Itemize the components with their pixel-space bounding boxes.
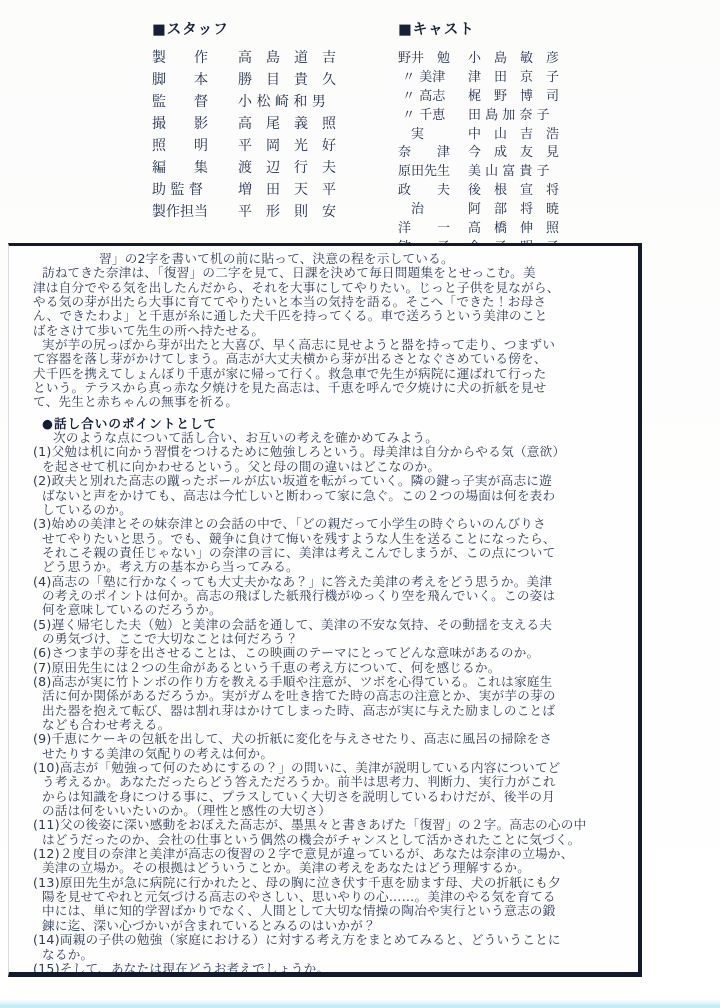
staff-role-label: 撮 影: [152, 113, 210, 135]
staff-person-name: 高 島 道 吉: [238, 47, 336, 69]
text-line: (6)さつま芋の芽を出させることは、この映画のテーマにとってどんな意味があるのか…: [33, 646, 628, 660]
staff-role-label: 製作担当: [152, 201, 210, 223]
staff-role-label: 監 督: [152, 91, 210, 113]
text-line: ●話し合いのポイントとして: [33, 417, 628, 431]
text-line: (1)父勉は机に向かう習慣をつけるために勉強しろという。母美津は自分からやる気（…: [33, 445, 628, 459]
cast-credit-row: 実 中 山 吉 浩: [398, 123, 559, 142]
text-line: (10)高志が「勉強って何のためにするの？」の問いに、美津が説明している内容につ…: [33, 761, 628, 775]
text-line: 訪ねてきた奈津は、「復習」の二字を見て、日課を決めて毎日問題集をとせっこむ。美: [33, 266, 628, 280]
cast-character-label: 原田先生: [398, 160, 458, 179]
cast-actor-name: 美 山 富 貴 子: [468, 160, 550, 179]
staff-credit-row: 照 明 平 岡 光 好: [152, 135, 336, 157]
text-line: (7)原田先生には２つの生命があるという千恵の考え方について、何を感じるか。: [33, 661, 628, 675]
cast-character-label: 〃 高志: [398, 85, 458, 104]
text-line: (12)２度目の奈津と美津が高志の復習の２字で意見が違っているが、あなたは奈津の…: [33, 847, 628, 861]
text-line: 津は自分でやる気を出したんだから、それを大事にしてやりたい。じっと子供を見ながら…: [33, 281, 628, 295]
cast-credit-row: 原田先生 美 山 富 貴 子: [398, 160, 559, 179]
staff-person-name: 高 尾 義 照: [238, 113, 336, 135]
text-line: 次のような点について話し合い、お互いの考えを確かめてみよう。: [33, 431, 628, 445]
text-line: 出た器を抱えて転び、器は割れ芽はかけてしまった時、高志が実に与えた励ましのことば: [33, 704, 628, 718]
staff-credit-row: 撮 影 高 尾 義 照: [152, 113, 336, 135]
cast-section-title: ■キャスト: [398, 18, 559, 39]
cast-character-label: 洋 一: [398, 217, 458, 236]
text-line: やる気の芽が出たら大事に育ててやりたいと本当の気持を語る。そこへ「できた！お母さ: [33, 295, 628, 309]
text-line: の話は何をいいたいのか。（理性と感性の大切さ）: [33, 804, 628, 818]
cast-credit-row: 奈 津 今 成 友 見: [398, 141, 559, 160]
staff-role-label: 編 集: [152, 157, 210, 179]
text-line: 習」の2字を書いて机の前に貼って、決意の程を示している。: [33, 252, 628, 266]
text-line: ばないと声をかけても、高志は今忙しいと断わって家に急ぐ。この２つの場面は何を表わ: [33, 489, 628, 503]
text-line: はどうだったのか、会社の仕事という偶然の機会がチャンスとして活かされたことに気づ…: [33, 833, 628, 847]
text-line: を起させて机に向かわせるという。父と母の間の違いはどこなのか。: [33, 460, 628, 474]
text-line: どう思うか。考え方の基本から当ってみる。: [33, 560, 628, 574]
cast-credit-row: 〃 美津 津 田 京 子: [398, 66, 559, 85]
cast-actor-name: 高 橋 伸 照: [468, 217, 559, 236]
text-line: (5)遅く帰宅した夫（勉）と美津の会話を通して、美津の不安な気持、その動揺を支え…: [33, 618, 628, 632]
text-line: 美津の立場か。その根拠はどういうことか。美津の考えをあなたはどう理解するか。: [33, 861, 628, 875]
text-line: 実が芋の尻っぽから芽が出たと大喜び、早く高志に見せようと器を持って走り、つまずい: [33, 338, 628, 352]
text-line: て、先生と赤ちゃんの無事を祈る。: [33, 395, 628, 409]
cast-character-label: 奈 津: [398, 141, 458, 160]
staff-role-label: 製 作: [152, 47, 210, 69]
staff-person-name: 平 岡 光 好: [238, 135, 336, 157]
text-line: (4)高志の「塾に行かなくっても大丈夫かなあ？」に答えた美津の考えをどう思うか。…: [33, 575, 628, 589]
text-line: しているのか。: [33, 503, 628, 517]
cast-actor-name: 梶 野 博 司: [468, 85, 559, 104]
text-line: ん、できたわよ」と千恵が糸に通した犬千匹を持ってくる。車で送ろうという美津のこと: [33, 309, 628, 323]
cast-credit-row: 洋 一 高 橋 伸 照: [398, 217, 559, 236]
text-line: せたりする美津の気配りの考えは何か。: [33, 747, 628, 761]
cast-actor-name: 今 成 友 見: [468, 141, 559, 160]
cast-character-label: 政 夫: [398, 179, 458, 198]
text-line: それこそ親の責任じゃない」の奈津の言に、美津は考えこんでしまうが、この点について: [33, 546, 628, 560]
cast-credit-row: 〃 千恵 田 島 加 奈 子: [398, 104, 559, 123]
text-line: の勇気づけ、ここで大切なことは何だろう？: [33, 632, 628, 646]
staff-credit-row: 編 集 渡 辺 行 夫: [152, 157, 336, 179]
staff-credit-row: 助 監 督 増 田 天 平: [152, 179, 336, 201]
staff-role-label: 照 明: [152, 135, 210, 157]
text-line: 中には、単に知的学習ばかりでなく、人間として大切な情操の陶冶や実行という意志の鍛: [33, 904, 628, 918]
cast-character-label: 〃 美津: [398, 66, 458, 85]
text-line: て容器を落し芽がかけてしまう。高志が大丈夫横から芽が出るさとなぐさめている傍を、: [33, 352, 628, 366]
cast-credit-row: 政 夫 後 根 宣 将: [398, 179, 559, 198]
text-line: の考えのポイントは何か。高志の飛ばした紙飛行機がゆっくり空を飛んでいく。この姿は: [33, 589, 628, 603]
text-line: (15)そして、あなたは現在どうお考えでしょうか。: [33, 962, 628, 976]
cast-credits-section: ■キャスト 野井 勉 小 島 敏 彦 〃 美津 津 田 京 子 〃 高志 梶 野…: [398, 18, 559, 255]
staff-credit-row: 製作担当 平 形 則 安: [152, 201, 336, 223]
text-line: 犬千匹を携えてしょんぼり千恵が家に帰って行く。救急車で先生が病院に運ばれて行った: [33, 367, 628, 381]
text-line: 陽を見せてやれと元気づける高志のやさしい、思いやりの心……。美津のやる気を育てる: [33, 890, 628, 904]
staff-person-name: 平 形 則 安: [238, 201, 336, 223]
text-line: 錬に迄、深い心づかいが含まれているとみるのはいかが？: [33, 919, 628, 933]
text-line: (2)政夫と別れた高志の蹴ったボールが広い坂道を転がっていく。隣の鍵っ子実が高志…: [33, 474, 628, 488]
text-line: なるか。: [33, 948, 628, 962]
cast-character-label: 治: [398, 198, 458, 217]
text-line: (13)原田先生が急に病院に行かれたと、母の胸に泣き伏す千恵を励ます母、犬の折紙…: [33, 876, 628, 890]
cast-actor-name: 小 島 敏 彦: [468, 47, 559, 66]
cast-credit-row: 治 阿 部 将 暁: [398, 198, 559, 217]
cast-credit-list: 野井 勉 小 島 敏 彦 〃 美津 津 田 京 子 〃 高志 梶 野 博 司 〃…: [398, 47, 559, 255]
box-text-lines: 習」の2字を書いて机の前に貼って、決意の程を示している。訪ねてきた奈津は、「復習…: [33, 252, 628, 976]
staff-credit-row: 製 作 高 島 道 吉: [152, 47, 336, 69]
staff-credit-row: 脚 本 勝 目 貴 久: [152, 69, 336, 91]
staff-person-name: 増 田 天 平: [238, 179, 336, 201]
text-line: という。テラスから真っ赤な夕焼けを見た高志は、千恵を呼んで夕焼けに犬の折紙を見せ: [33, 381, 628, 395]
staff-role-label: 脚 本: [152, 69, 210, 91]
text-line: なども合わせ考える。: [33, 718, 628, 732]
text-line: (14)両親の子供の勉強（家庭における）に対する考え方をまとめてみると、どういう…: [33, 933, 628, 947]
staff-person-name: 小 松 崎 和 男: [238, 91, 326, 113]
cast-character-label: 野井 勉: [398, 47, 458, 66]
cast-credit-row: 野井 勉 小 島 敏 彦: [398, 47, 559, 66]
text-line: (9)千恵にケーキの包紙を出して、犬の折紙に変化を与えさせたり、高志に風呂の掃除…: [33, 732, 628, 746]
text-line: 活に何か関係があるだろうか。実がガムを吐き捨てた時の高志の注意とか、実が芋の芽の: [33, 689, 628, 703]
cast-credit-row: 〃 高志 梶 野 博 司: [398, 85, 559, 104]
text-line: せてやりたいと思う。でも、競争に負けて悔いを残すような人生を送ることになったら、: [33, 532, 628, 546]
cast-character-label: 実: [398, 123, 458, 142]
cast-actor-name: 後 根 宣 将: [468, 179, 559, 198]
cast-actor-name: 津 田 京 子: [468, 66, 559, 85]
staff-credit-row: 監 督 小 松 崎 和 男: [152, 91, 336, 113]
staff-credits-section: ■スタッフ 製 作 高 島 道 吉 脚 本 勝 目 貴 久 監 督 小 松 崎 …: [152, 18, 336, 223]
page-bottom-scan-edge: [0, 999, 720, 1008]
synopsis-discussion-box: 習」の2字を書いて机の前に貼って、決意の程を示している。訪ねてきた奈津は、「復習…: [8, 243, 642, 977]
cast-character-label: 〃 千恵: [398, 104, 458, 123]
staff-person-name: 渡 辺 行 夫: [238, 157, 336, 179]
scanned-document-page: ■スタッフ 製 作 高 島 道 吉 脚 本 勝 目 貴 久 監 督 小 松 崎 …: [0, 0, 720, 1008]
text-line: 何を意味しているのだろうか。: [33, 603, 628, 617]
staff-person-name: 勝 目 貴 久: [238, 69, 336, 91]
text-line: う考えるか。あなただったらどう答えただろうか。前半は思考力、判断力、実行力がこれ: [33, 775, 628, 789]
cast-actor-name: 阿 部 将 暁: [468, 198, 559, 217]
text-line: (11)父の後姿に深い感動をおぼえた高志が、墨黒々と書きあげた「復習」の２字。高…: [33, 818, 628, 832]
text-line: からは知識を身につける事に、プラスしていく大切さを説明しているわけだが、後半の月: [33, 790, 628, 804]
staff-role-label: 助 監 督: [152, 179, 210, 201]
staff-section-title: ■スタッフ: [152, 18, 336, 39]
cast-actor-name: 中 山 吉 浩: [468, 123, 559, 142]
text-line: ばをさけて歩いて先生の所へ持たせる。: [33, 324, 628, 338]
staff-credit-list: 製 作 高 島 道 吉 脚 本 勝 目 貴 久 監 督 小 松 崎 和 男 撮 …: [152, 47, 336, 223]
cast-actor-name: 田 島 加 奈 子: [468, 104, 550, 123]
text-line: (3)始めの美津とその妹奈津との会話の中で、「どの親だって小学生の時ぐらいのんび…: [33, 517, 628, 531]
text-line: (8)高志が実に竹トンボの作り方を教える手順や注意が、ツボを心得ている。これは家…: [33, 675, 628, 689]
